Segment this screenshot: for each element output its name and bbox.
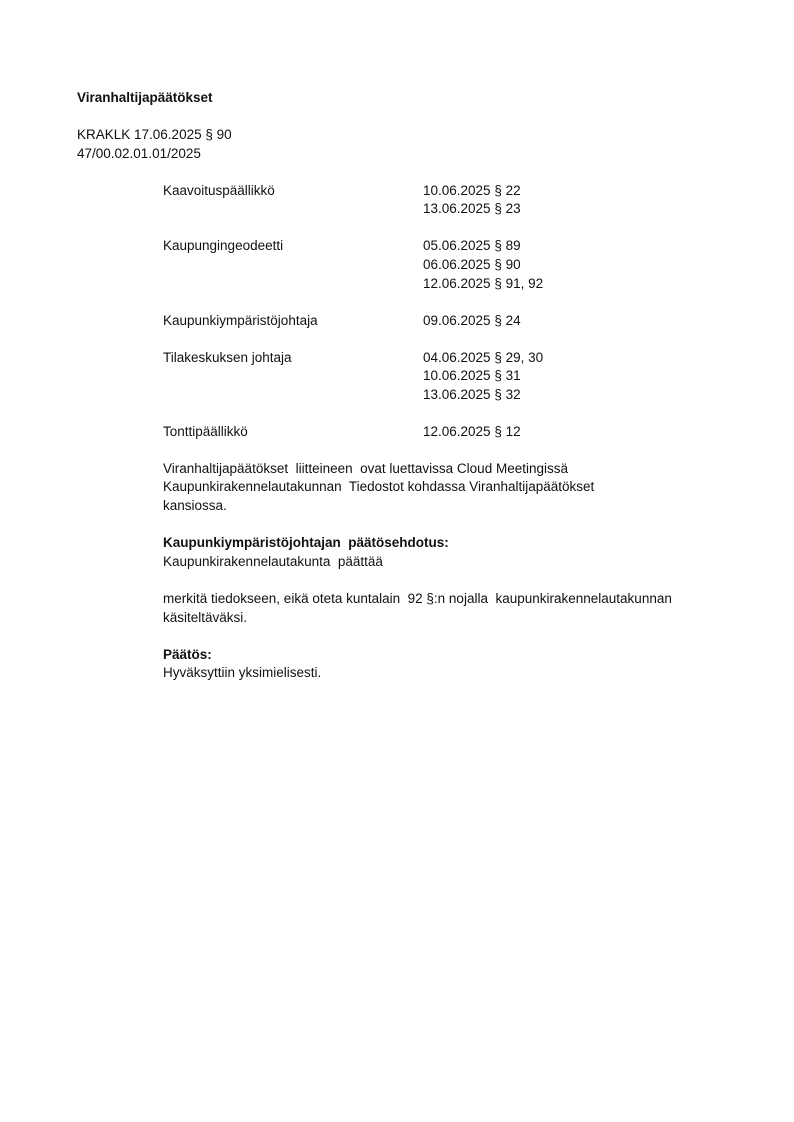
decision-entry: 04.06.2025 § 29, 30 [423, 348, 543, 367]
decision-entry: 13.06.2025 § 23 [423, 199, 521, 218]
proposal-title: Kaupunkiympäristöjohtajan päätösehdotus: [163, 533, 449, 552]
note-line: kansiossa. [163, 496, 227, 515]
note-line: Viranhaltijapäätökset liitteineen ovat l… [163, 459, 568, 478]
proposal-line: merkitä tiedokseen, eikä oteta kuntalain… [163, 589, 672, 608]
decision-entry: 12.06.2025 § 91, 92 [423, 274, 543, 293]
note-line: Kaupunkirakennelautakunnan Tiedostot koh… [163, 477, 594, 496]
official-name: Tonttipäällikkö [163, 422, 248, 441]
decision-entry: 10.06.2025 § 31 [423, 366, 521, 385]
proposal-line: käsiteltäväksi. [163, 608, 247, 627]
proposal-intro: Kaupunkirakennelautakunta päättää [163, 552, 383, 571]
decision-entry: 13.06.2025 § 32 [423, 385, 521, 404]
official-name: Tilakeskuksen johtaja [163, 348, 292, 367]
official-name: Kaupunkiympäristöjohtaja [163, 311, 318, 330]
meeting-reference: KRAKLK 17.06.2025 § 90 [77, 125, 232, 144]
decision-entry: 06.06.2025 § 90 [423, 255, 521, 274]
official-name: Kaupungingeodeetti [163, 236, 283, 255]
decision-entry: 09.06.2025 § 24 [423, 311, 521, 330]
official-name: Kaavoituspäällikkö [163, 181, 275, 200]
decision-entry: 05.06.2025 § 89 [423, 236, 521, 255]
decision-entry: 10.06.2025 § 22 [423, 181, 521, 200]
document-heading: Viranhaltijapäätökset [77, 88, 213, 107]
decision-text: Hyväksyttiin yksimielisesti. [163, 663, 321, 682]
decision-entry: 12.06.2025 § 12 [423, 422, 521, 441]
case-number: 47/00.02.01.01/2025 [77, 144, 201, 163]
decision-title: Päätös: [163, 645, 212, 664]
